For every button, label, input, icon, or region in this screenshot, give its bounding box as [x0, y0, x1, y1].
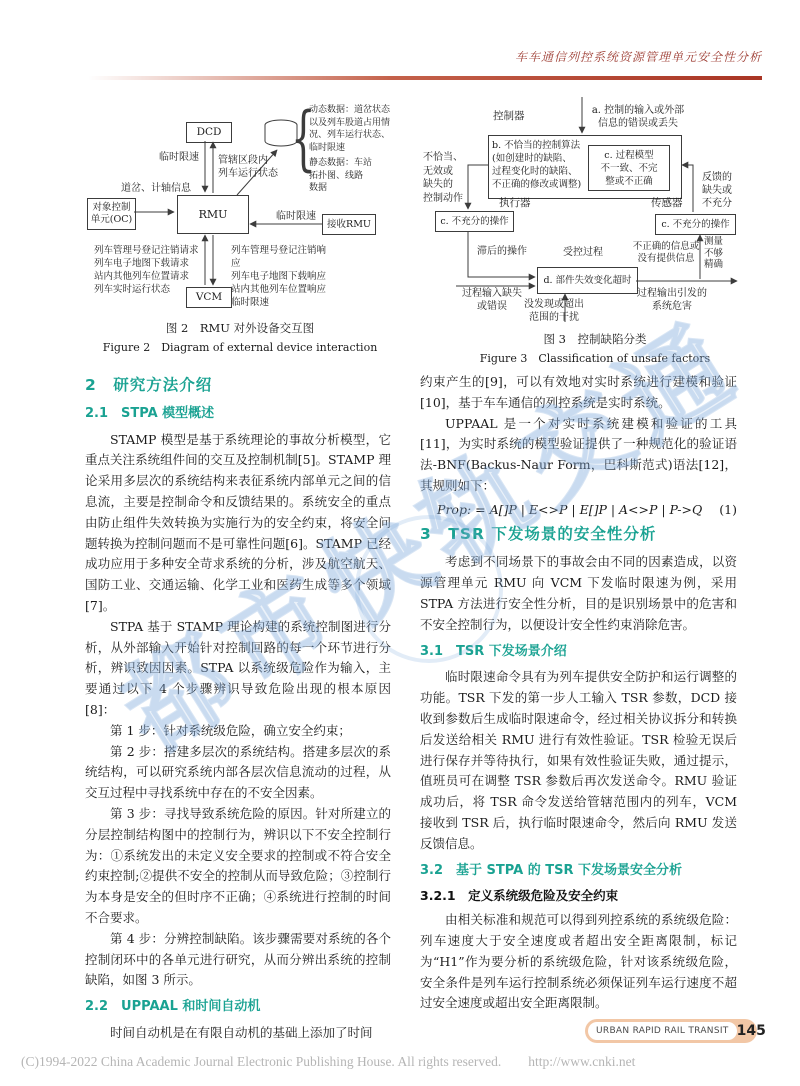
section-3-1-heading: 3.1 TSR 下发场景介绍: [420, 642, 737, 663]
copyright-line: (C)1994-2022 China Academic Journal Elec…: [21, 1050, 791, 1070]
paragraph: STAMP 模型是基于系统理论的事故分析模型，它重点关注系统组件间的交互及控制机…: [85, 430, 391, 617]
paragraph: 考虑到不同场景下的事故会由不同的因素造成，以资源管理单元 RMU 向 VCM 下…: [420, 552, 737, 635]
formula-row: Prop: = A[]P | E<>P | E[]P | A<>P | P->Q…: [420, 500, 737, 521]
fig2-caption-en: Figure 2 Diagram of external device inte…: [85, 339, 395, 355]
section-2-2-heading: 2.2 UPPAAL 和时间自动机: [85, 997, 391, 1018]
fig3-box-component-failure: d. 部件失效变化超时: [537, 267, 638, 294]
fig2-responses: 列车管理号登记注销响应 列车电子地图下载响应 站内其他列车位置响应 临时限速: [231, 244, 335, 309]
figure-3: 控制器 a. 控制的输入或外部 信息的错误或丢失 b. 不恰当的控制算法 (如创…: [420, 95, 770, 373]
journal-badge: URBAN RAPID RAIL TRANSIT 145: [585, 1019, 757, 1043]
fig3-box-process-model: c. 过程模型 不一致、不完 整或不正确: [588, 145, 670, 191]
fig3-label-sensor: 传感器: [651, 197, 683, 210]
paragraph: 第 2 步：搭建多层次的系统结构。搭建多层次的系统结构，可以研究系统内部各层次信…: [85, 742, 391, 804]
fig3-text-b: b. 不恰当的控制算法 (如创建时的缺陷、 过程变化时的缺陷、 不正确的修改或调…: [492, 139, 592, 191]
right-column: 约束产生的[9]，可以有效地对实时系统进行建模和验证[10]，基于车车通信的列控…: [420, 372, 737, 1014]
formula-1: Prop: = A[]P | E<>P | E[]P | A<>P | P->Q: [420, 500, 719, 521]
paragraph: 由相关标准和规范可以得到列控系统的系统级危险：列车速度大于安全速度或者超出安全距…: [420, 910, 737, 1014]
fig3-label-lag: 滞后的操作: [477, 246, 527, 259]
fig2-box-oc: 对象控制 单元(OC): [87, 198, 136, 230]
running-title: 车车通信列控系统资源管理单元安全性分析: [515, 48, 762, 65]
fig2-box-recv-rmu: 接收RMU: [322, 214, 376, 235]
fig2-label-tsr-down: 临时限速: [159, 152, 199, 165]
section-3-heading: 3 TSR 下发场景的安全性分析: [420, 524, 737, 545]
paragraph: UPPAAL 是一个对实时系统建模和验证的工具[11]，为实时系统的模型验证提供…: [420, 414, 737, 497]
fig2-box-vcm: VCM: [186, 287, 232, 308]
fig3-label-process: 受控过程: [563, 247, 603, 260]
fig3-label-controller: 控制器: [493, 110, 525, 123]
section-2-1-heading: 2.1 STPA 模型概述: [85, 404, 391, 425]
paragraph: 第 3 步：寻找导致系统危险的原因。针对所建立的分层控制结构图中的控制行为，辨识…: [85, 804, 391, 929]
fig3-box-sensor-op: c. 不充分的操作: [655, 214, 736, 235]
fig3-label-output-hazard: 过程输出引发的 系统危害: [630, 288, 714, 313]
fig3-label-disturbance: 没发现或超出 范围的干扰: [520, 299, 588, 324]
fig2-label-tsr-right: 临时限速: [276, 211, 316, 224]
fig3-label-left: 不恰当、 无效或 缺失的 控制动作: [423, 151, 475, 205]
fig3-caption-en: Figure 3 Classification of unsafe factor…: [420, 350, 770, 366]
paragraph: STPA 基于 STAMP 理论构建的系统控制图进行分析，从外部输入开始针对控制…: [85, 617, 391, 721]
paper-page: 车车通信列控系统资源管理单元安全性分析 DCD { 动态数据: [0, 0, 800, 1086]
fig2-dynamic-data: 动态数据：道岔状态 以及列车股道占用情 况、列车运行状态、 临时限速: [309, 104, 397, 154]
section-3-2-heading: 3.2 基于 STPA 的 TSR 下发场景安全分析: [420, 861, 737, 882]
paragraph: 第 1 步：针对系统级危险，确立安全约束；: [85, 721, 391, 742]
fig3-label-input-missing: 过程输入缺失 或错误: [458, 288, 526, 313]
section-3-2-1-heading: 3.2.1 定义系统级危险及安全约束: [420, 886, 737, 907]
fig3-label-actuator: 执行器: [499, 197, 531, 210]
fig3-caption-zh: 图 3 控制缺陷分类: [420, 331, 770, 347]
fig3-box-actuator-op: c. 不充分的操作: [435, 211, 514, 232]
fig2-box-rmu: RMU: [177, 195, 249, 234]
fig2-label-jurisdiction: 管辖区段内 列车运行状态: [218, 154, 288, 180]
fig2-box-dcd: DCD: [186, 122, 232, 143]
fig3-label-right: 反馈的 缺失或 不充分: [702, 171, 742, 210]
paragraph: 时间自动机是在有限自动机的基础上添加了时间: [85, 1023, 391, 1044]
paragraph: 约束产生的[9]，可以有效地对实时系统进行建模和验证[10]，基于车车通信的列控…: [420, 372, 737, 414]
fig3-label-incorrect-info: 不正确的信息或 没有提供信息: [628, 241, 704, 265]
left-column: 2 研究方法介绍 2.1 STPA 模型概述 STAMP 模型是基于系统理论的事…: [85, 372, 391, 1044]
section-2-heading: 2 研究方法介绍: [85, 375, 391, 396]
fig3-label-a: a. 控制的输入或外部 信息的错误或丢失: [583, 105, 693, 130]
fig2-label-switch-info: 道岔、计轴信息: [121, 183, 191, 196]
formula-number: (1): [719, 500, 737, 521]
fig3-label-measure: 测量 不够 精确: [704, 236, 728, 271]
figure-2: DCD { 动态数据：道岔状态 以及列车股道占用情 况、列车运行状态、 临时限速…: [85, 95, 395, 365]
paragraph: 临时限速命令具有为列车提供安全防护和运行调整的功能。TSR 下发的第一步人工输入…: [420, 667, 737, 854]
header-rule: [88, 76, 762, 80]
page-number: 145: [737, 1023, 766, 1039]
fig2-caption-zh: 图 2 RMU 对外设备交互图: [85, 320, 395, 336]
fig2-static-data: 静态数据：车站 拓扑图、线路 数据: [309, 157, 397, 195]
paragraph: 第 4 步：分辨控制缺陷。该步骤需要对系统的各个控制闭环中的各单元进行研究，从而…: [85, 929, 391, 991]
journal-name-en: URBAN RAPID RAIL TRANSIT: [588, 1022, 737, 1040]
